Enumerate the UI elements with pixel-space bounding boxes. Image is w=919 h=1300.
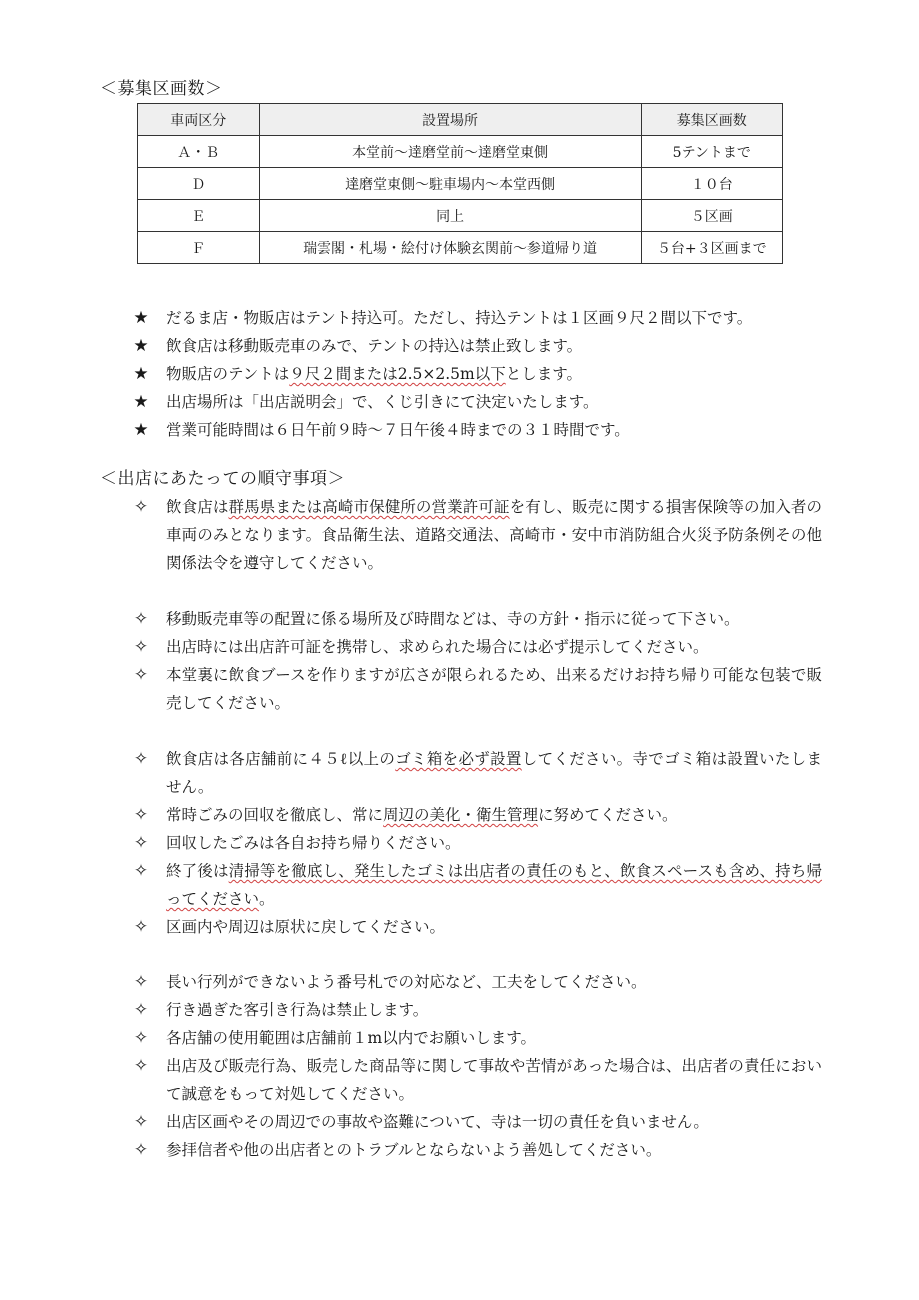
rule-text: 終了後は清掃等を徹底し、発生したゴミは出店者の責任のもと、飲食スペースも含め、持… bbox=[166, 857, 822, 913]
rule-text: 飲食店は各店舗前に４５ℓ以上のゴミ箱を必ず設置してください。寺でゴミ箱は設置いた… bbox=[166, 745, 822, 801]
section-title-quota: ＜募集区画数＞ bbox=[100, 78, 223, 100]
diamond-icon: ✧ bbox=[131, 1136, 151, 1164]
diamond-icon: ✧ bbox=[131, 661, 151, 689]
note-text-post: とします。 bbox=[506, 365, 582, 383]
rule-text-pre: 常時ごみの回収を徹底し、常に bbox=[166, 806, 383, 824]
note-text: 物販店のテントは９尺２間または2.5×2.5m以下とします。 bbox=[166, 360, 822, 388]
diamond-icon: ✧ bbox=[131, 1108, 151, 1136]
spellcheck-underlined-text: ゴミ箱を必ず設置 bbox=[395, 750, 522, 768]
cell-location: 本堂前～達磨堂前～達磨堂東側 bbox=[259, 136, 641, 168]
rule-text: 各店舗の使用範囲は店舗前１m以内でお願いします。 bbox=[166, 1024, 822, 1052]
rule-text-post: 。 bbox=[259, 890, 275, 908]
cell-location: 同上 bbox=[259, 200, 641, 232]
note-text: 飲食店は移動販売車のみで、テントの持込は禁止致します。 bbox=[166, 332, 822, 360]
header-quota: 募集区画数 bbox=[641, 104, 782, 136]
header-vehicle-class: 車両区分 bbox=[138, 104, 260, 136]
diamond-icon: ✧ bbox=[131, 968, 151, 996]
cell-quota: ５台+３区画まで bbox=[641, 232, 782, 264]
star-icon: ★ bbox=[131, 332, 151, 360]
table-row: Ａ・Ｂ 本堂前～達磨堂前～達磨堂東側 5テントまで bbox=[138, 136, 783, 168]
diamond-icon: ✧ bbox=[131, 493, 151, 521]
rule-text: 出店時には出店許可証を携帯し、求められた場合には必ず提示してください。 bbox=[166, 633, 822, 661]
diamond-icon: ✧ bbox=[131, 745, 151, 773]
star-icon: ★ bbox=[131, 416, 151, 444]
note-text: 出店場所は「出店説明会」で、くじ引きにて決定いたします。 bbox=[166, 388, 822, 416]
spellcheck-underlined-text: 周辺の美化・衛生管理 bbox=[383, 806, 538, 824]
document-page: ＜募集区画数＞ 車両区分 設置場所 募集区画数 Ａ・Ｂ 本堂前～達磨堂前～達磨堂… bbox=[0, 0, 919, 1300]
diamond-icon: ✧ bbox=[131, 829, 151, 857]
quota-table: 車両区分 設置場所 募集区画数 Ａ・Ｂ 本堂前～達磨堂前～達磨堂東側 5テントま… bbox=[137, 103, 783, 264]
table-header-row: 車両区分 設置場所 募集区画数 bbox=[138, 104, 783, 136]
rule-text: 回収したごみは各自お持ち帰りください。 bbox=[166, 829, 822, 857]
table-row: Ｄ 達磨堂東側～駐車場内～本堂西側 １０台 bbox=[138, 168, 783, 200]
header-location: 設置場所 bbox=[259, 104, 641, 136]
diamond-icon: ✧ bbox=[131, 801, 151, 829]
rule-text: 出店及び販売行為、販売した商品等に関して事故や苦情があった場合は、出店者の責任に… bbox=[166, 1052, 822, 1108]
rule-text: 行き過ぎた客引き行為は禁止します。 bbox=[166, 996, 822, 1024]
cell-location: 瑞雲閣・札場・絵付け体験玄関前～参道帰り道 bbox=[259, 232, 641, 264]
rule-text-post: に努めてください。 bbox=[538, 806, 678, 824]
star-icon: ★ bbox=[131, 360, 151, 388]
cell-location: 達磨堂東側～駐車場内～本堂西側 bbox=[259, 168, 641, 200]
rule-text: 出店区画やその周辺での事故や盗難について、寺は一切の責任を負いません。 bbox=[166, 1108, 822, 1136]
rule-text: 飲食店は群馬県または高崎市保健所の営業許可証を有し、販売に関する損害保険等の加入… bbox=[166, 493, 822, 577]
table-row: Ｆ 瑞雲閣・札場・絵付け体験玄関前～参道帰り道 ５台+３区画まで bbox=[138, 232, 783, 264]
spellcheck-underlined-text: 群馬県または高崎市保健所の営業許可証 bbox=[228, 498, 509, 516]
cell-vehicle-class: Ｆ bbox=[138, 232, 260, 264]
diamond-icon: ✧ bbox=[131, 913, 151, 941]
diamond-icon: ✧ bbox=[131, 1024, 151, 1052]
rule-text: 移動販売車等の配置に係る場所及び時間などは、寺の方針・指示に従って下さい。 bbox=[166, 605, 822, 633]
rule-text: 長い行列ができないよう番号札での対応など、工夫をしてください。 bbox=[166, 968, 822, 996]
cell-quota: 5テントまで bbox=[641, 136, 782, 168]
spellcheck-underlined-text: ９尺２間または2.5×2.5m以下 bbox=[289, 365, 506, 383]
cell-vehicle-class: Ｅ bbox=[138, 200, 260, 232]
cell-vehicle-class: Ａ・Ｂ bbox=[138, 136, 260, 168]
diamond-icon: ✧ bbox=[131, 1052, 151, 1080]
table-row: Ｅ 同上 ５区画 bbox=[138, 200, 783, 232]
note-text: だるま店・物販店はテント持込可。ただし、持込テントは１区画９尺２間以下です。 bbox=[166, 304, 822, 332]
rule-text-pre: 飲食店は各店舗前に４５ℓ以上の bbox=[166, 750, 395, 768]
rule-text: 本堂裏に飲食ブースを作りますが広さが限られるため、出来るだけお持ち帰り可能な包装… bbox=[166, 661, 822, 717]
rule-text: 参拝信者や他の出店者とのトラブルとならないよう善処してください。 bbox=[166, 1136, 822, 1164]
diamond-icon: ✧ bbox=[131, 857, 151, 885]
diamond-icon: ✧ bbox=[131, 996, 151, 1024]
note-text-pre: 物販店のテントは bbox=[166, 365, 289, 383]
star-icon: ★ bbox=[131, 304, 151, 332]
cell-vehicle-class: Ｄ bbox=[138, 168, 260, 200]
note-text: 営業可能時間は６日午前９時～７日午後４時までの３１時間です。 bbox=[166, 416, 822, 444]
section-title-rules: ＜出店にあたっての順守事項＞ bbox=[100, 468, 345, 490]
cell-quota: ５区画 bbox=[641, 200, 782, 232]
star-icon: ★ bbox=[131, 388, 151, 416]
diamond-icon: ✧ bbox=[131, 605, 151, 633]
rule-text: 区画内や周辺は原状に戻してください。 bbox=[166, 913, 822, 941]
diamond-icon: ✧ bbox=[131, 633, 151, 661]
rule-text-pre: 飲食店は bbox=[166, 498, 228, 516]
rule-text: 常時ごみの回収を徹底し、常に周辺の美化・衛生管理に努めてください。 bbox=[166, 801, 822, 829]
rule-text-pre: 終了後は bbox=[166, 862, 229, 880]
cell-quota: １０台 bbox=[641, 168, 782, 200]
